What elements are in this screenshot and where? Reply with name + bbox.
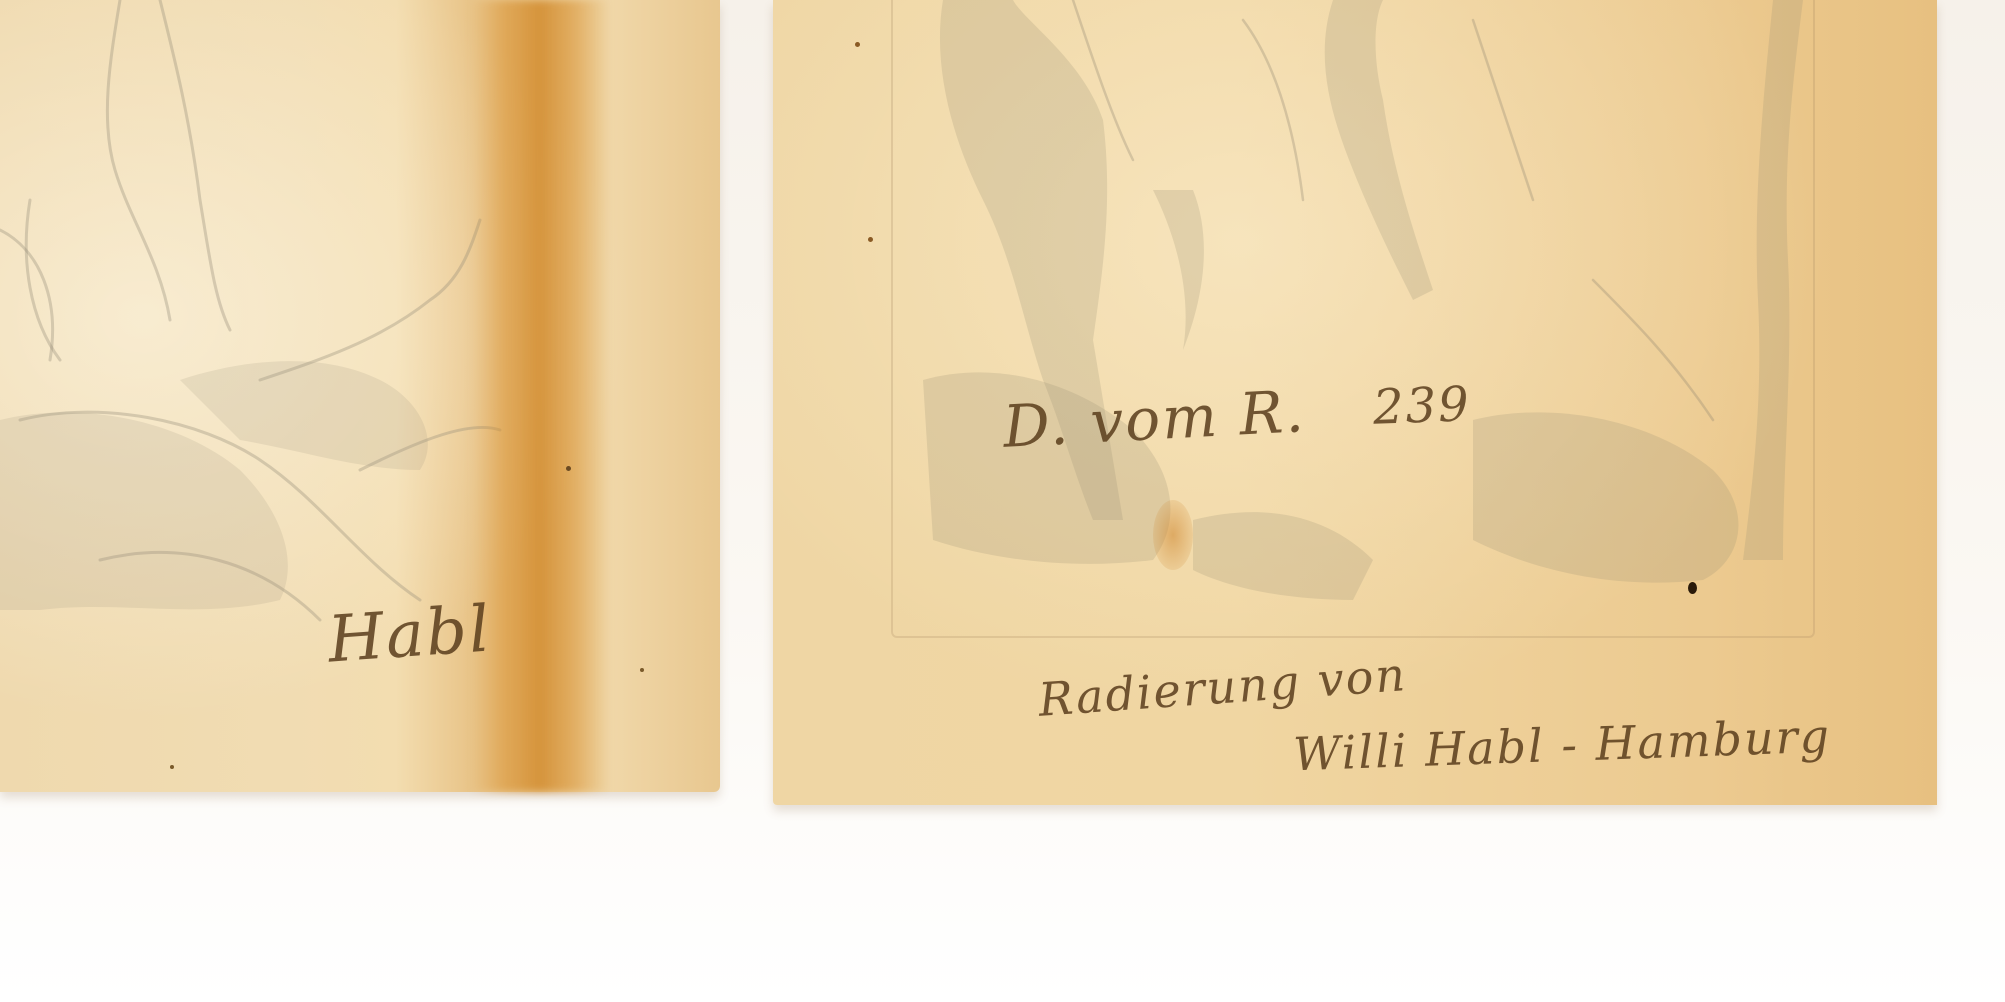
ink-dot — [1688, 582, 1697, 594]
left-paper-sheet: Habl — [0, 0, 720, 792]
foxing-spot — [640, 668, 644, 672]
foxing-spot — [170, 765, 174, 769]
water-stain — [470, 0, 610, 792]
foxing-spot — [566, 466, 571, 471]
artist-signature: Habl — [326, 592, 494, 677]
foxing-spot — [855, 42, 860, 47]
right-paper-sheet: D. vom R. 239 Radierung von Willi Habl -… — [773, 0, 1937, 805]
foxing-spot — [868, 237, 873, 242]
plate-number-inscription: 239 — [1372, 376, 1472, 435]
rust-stain — [1153, 500, 1193, 570]
